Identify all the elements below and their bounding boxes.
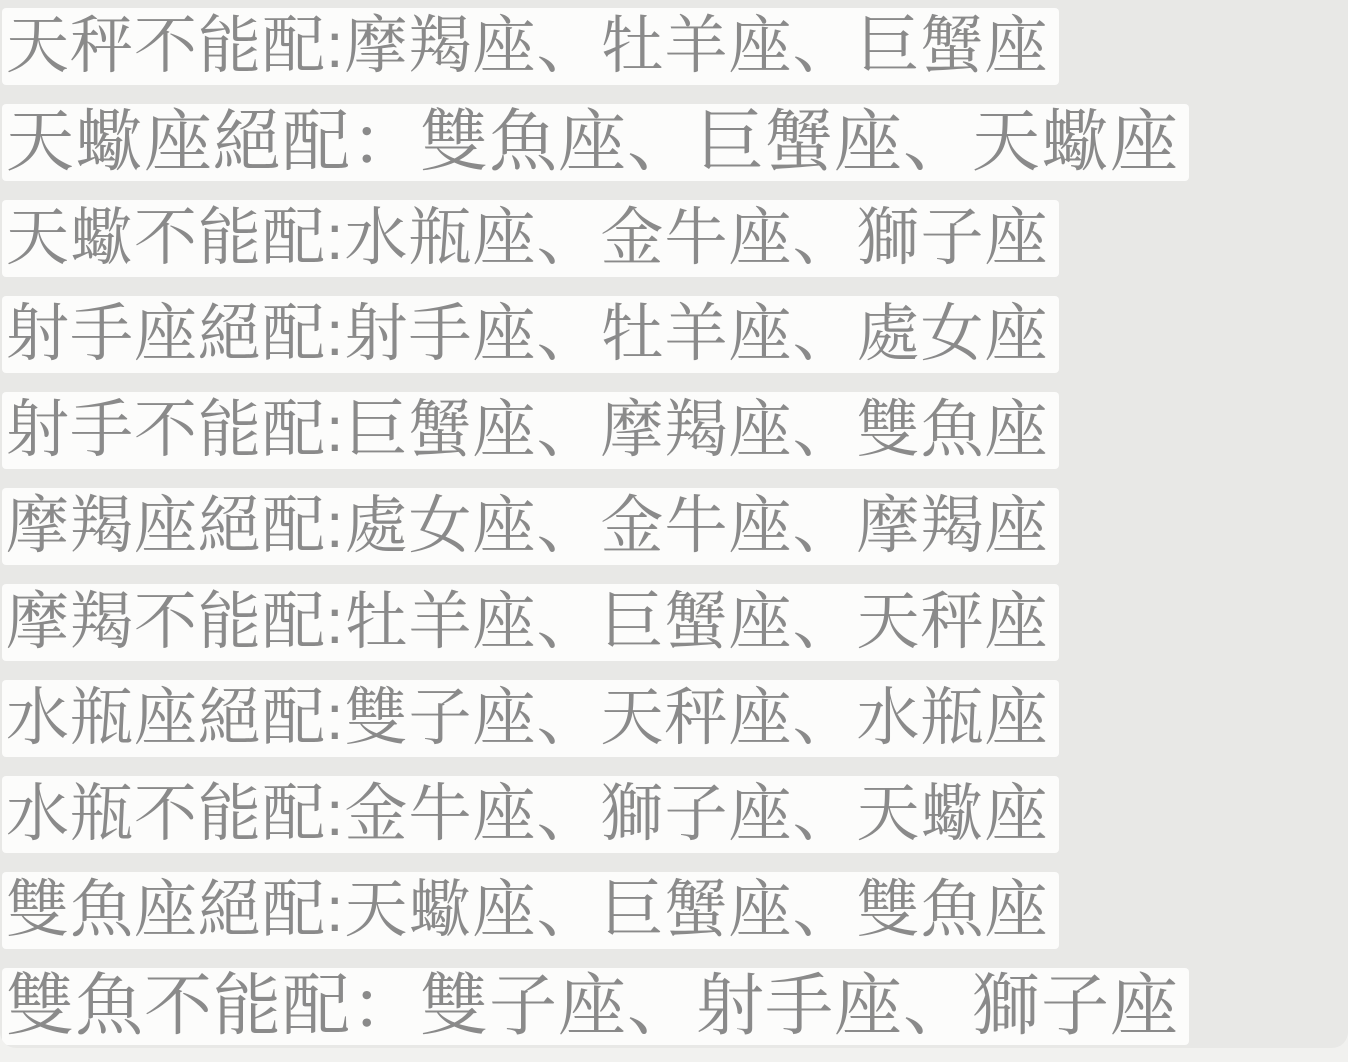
compatibility-line-text: 水瓶不能配:金牛座、獅子座、天蠍座 [6,779,1049,849]
compatibility-line: 天蠍不能配:水瓶座、金牛座、獅子座 [2,200,1059,277]
page-background: 天秤不能配:摩羯座、牡羊座、巨蟹座天蠍座絕配：雙魚座、巨蟹座、天蠍座天蠍不能配:… [0,0,1348,1062]
compatibility-line-text: 摩羯不能配:牡羊座、巨蟹座、天秤座 [6,587,1049,657]
compatibility-line: 水瓶不能配:金牛座、獅子座、天蠍座 [2,776,1059,853]
compatibility-line: 雙魚不能配：雙子座、射手座、獅子座 [2,968,1189,1045]
compatibility-line-text: 雙魚不能配：雙子座、射手座、獅子座 [6,968,1179,1044]
compatibility-line: 雙魚座絕配:天蠍座、巨蟹座、雙魚座 [2,872,1059,949]
compatibility-line-text: 射手不能配:巨蟹座、摩羯座、雙魚座 [6,395,1049,465]
compatibility-line: 天秤不能配:摩羯座、牡羊座、巨蟹座 [2,8,1059,85]
compatibility-line-text: 天蠍不能配:水瓶座、金牛座、獅子座 [6,203,1049,273]
compatibility-line: 射手不能配:巨蟹座、摩羯座、雙魚座 [2,392,1059,469]
compatibility-line: 射手座絕配:射手座、牡羊座、處女座 [2,296,1059,373]
zodiac-compatibility-list: 天秤不能配:摩羯座、牡羊座、巨蟹座天蠍座絕配：雙魚座、巨蟹座、天蠍座天蠍不能配:… [0,8,1348,1045]
compatibility-line: 天蠍座絕配：雙魚座、巨蟹座、天蠍座 [2,104,1189,181]
compatibility-line: 摩羯座絕配:處女座、金牛座、摩羯座 [2,488,1059,565]
compatibility-line-text: 雙魚座絕配:天蠍座、巨蟹座、雙魚座 [6,875,1049,945]
compatibility-line: 摩羯不能配:牡羊座、巨蟹座、天秤座 [2,584,1059,661]
compatibility-line: 水瓶座絕配:雙子座、天秤座、水瓶座 [2,680,1059,757]
compatibility-line-text: 天秤不能配:摩羯座、牡羊座、巨蟹座 [6,11,1049,81]
compatibility-line-text: 射手座絕配:射手座、牡羊座、處女座 [6,299,1049,369]
compatibility-line-text: 天蠍座絕配：雙魚座、巨蟹座、天蠍座 [6,104,1179,180]
compatibility-line-text: 摩羯座絕配:處女座、金牛座、摩羯座 [6,491,1049,561]
content-panel: 天秤不能配:摩羯座、牡羊座、巨蟹座天蠍座絕配：雙魚座、巨蟹座、天蠍座天蠍不能配:… [0,0,1348,1048]
compatibility-line-text: 水瓶座絕配:雙子座、天秤座、水瓶座 [6,683,1049,753]
